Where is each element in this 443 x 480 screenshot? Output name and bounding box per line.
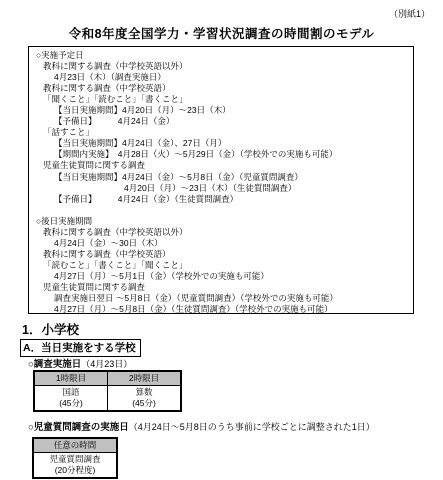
page-title: 令和8年度全国学力・学習状況調査の時間割のモデル [0,24,443,42]
anytime-header: 任意の時間 [33,438,117,453]
subject-name: 国語 [35,387,107,398]
schedule-line: 教科に関する調査（中学校英語） [29,83,413,94]
subject-name: 算数 [108,387,180,398]
schedule-line: 4月20日（月）～23日（木）（生徒質問調査） [29,183,413,194]
schedule-line: 4月27日（月）～5月8日（金）（生徒質問調査）（学校外での実施も可能） [29,304,413,315]
schedule-line: ○実施予定日 [29,50,413,61]
table-row: 国語 (45分) 算数 (45分) [34,386,181,412]
schedule-line: 4月23日（木）（調査実施日） [29,72,413,83]
schedule-line: 「読むこと」「書くこと」「聞くこと」 [29,260,413,271]
schedule-line: 「話すこと」 [29,127,413,138]
survey-date-note: （4月23日） [81,359,132,369]
schedule-line: 4月27日（月）～5月1日（金）（学校外での実施も可能） [29,271,413,282]
subsection-heading-same-day-schools: A．当日実施をする学校 [20,339,141,357]
schedule-line: 【予備日】 4月24日（金）（生徒質問調査） [29,194,413,205]
period-2-header: 2時限目 [108,371,182,386]
schedule-line: 教科に関する調査（中学校英語以外） [29,227,413,238]
schedule-line: 【当日実施期間】4月24日（金）～5月8日（金）（児童質問調査） [29,172,413,183]
subject-duration: (45分) [108,398,180,409]
schedule-line: 4月24日（金）～30日（木） [29,238,413,249]
schedule-line: 【予備日】 4月24日（金） [29,116,413,127]
question-survey-duration: (20分程度) [34,465,116,476]
subject-duration: (45分) [35,398,107,409]
schedule-line: 「聞くこと」「読むこと」「書くこと」 [29,94,413,105]
schedule-line: 教科に関する調査（中学校英語） [29,249,413,260]
schedule-line: 調査実施日翌日 ～5月8日（金）（児童質問調査）（学校外での実施も可能） [29,293,413,304]
schedule-line [29,205,413,216]
schedule-line: 【当日実施期間】4月20日（月）～23日（木） [29,105,413,116]
schedule-line: 【期間内実施】 4月28日（火）～5月29日（金）（学校外での実施も可能） [29,149,413,160]
question-survey-table: 任意の時間 児童質問調査 (20分程度) [32,437,118,479]
table-header-row: 任意の時間 [33,438,117,453]
attachment-corner-note: （別紙1） [389,7,430,20]
question-survey-note: （4月24日～5月8日のうち事前に学校ごとに調整された1日） [129,422,375,432]
period-1-header: 1時限目 [34,371,108,386]
schedule-line: 児童生徒質問に関する調査 [29,160,413,171]
document-page: （別紙1） 令和8年度全国学力・学習状況調査の時間割のモデル ○実施予定日教科に… [0,0,443,480]
survey-date-label: ○調査実施日 [28,359,81,370]
table-header-row: 1時限目 2時限目 [34,371,181,386]
question-survey-date-line: ○児童質問調査の実施日（4月24日～5月8日のうち事前に学校ごとに調整された1日… [28,419,375,433]
question-survey-title: 児童質問調査 [34,454,116,465]
period-1-cell: 国語 (45分) [34,386,108,412]
question-survey-cell: 児童質問調査 (20分程度) [33,453,117,479]
schedule-overview-box: ○実施予定日教科に関する調査（中学校英語以外）4月23日（木）（調査実施日）教科… [28,46,414,314]
section-heading-elementary-school: 1．小学校 [22,320,79,338]
schedule-line: 児童生徒質問に関する調査 [29,282,413,293]
survey-date-line: ○調査実施日（4月23日） [28,356,132,370]
question-survey-label: ○児童質問調査の実施日 [28,422,129,433]
schedule-line: 教科に関する調査（中学校英語以外） [29,61,413,72]
table-row: 児童質問調査 (20分程度) [33,453,117,479]
schedule-line: 【当日実施期間】4月24日（金）、27日（月） [29,138,413,149]
period-schedule-table: 1時限目 2時限目 国語 (45分) 算数 (45分) [33,370,182,412]
schedule-line: ○後日実施期間 [29,216,413,227]
period-2-cell: 算数 (45分) [108,386,182,412]
